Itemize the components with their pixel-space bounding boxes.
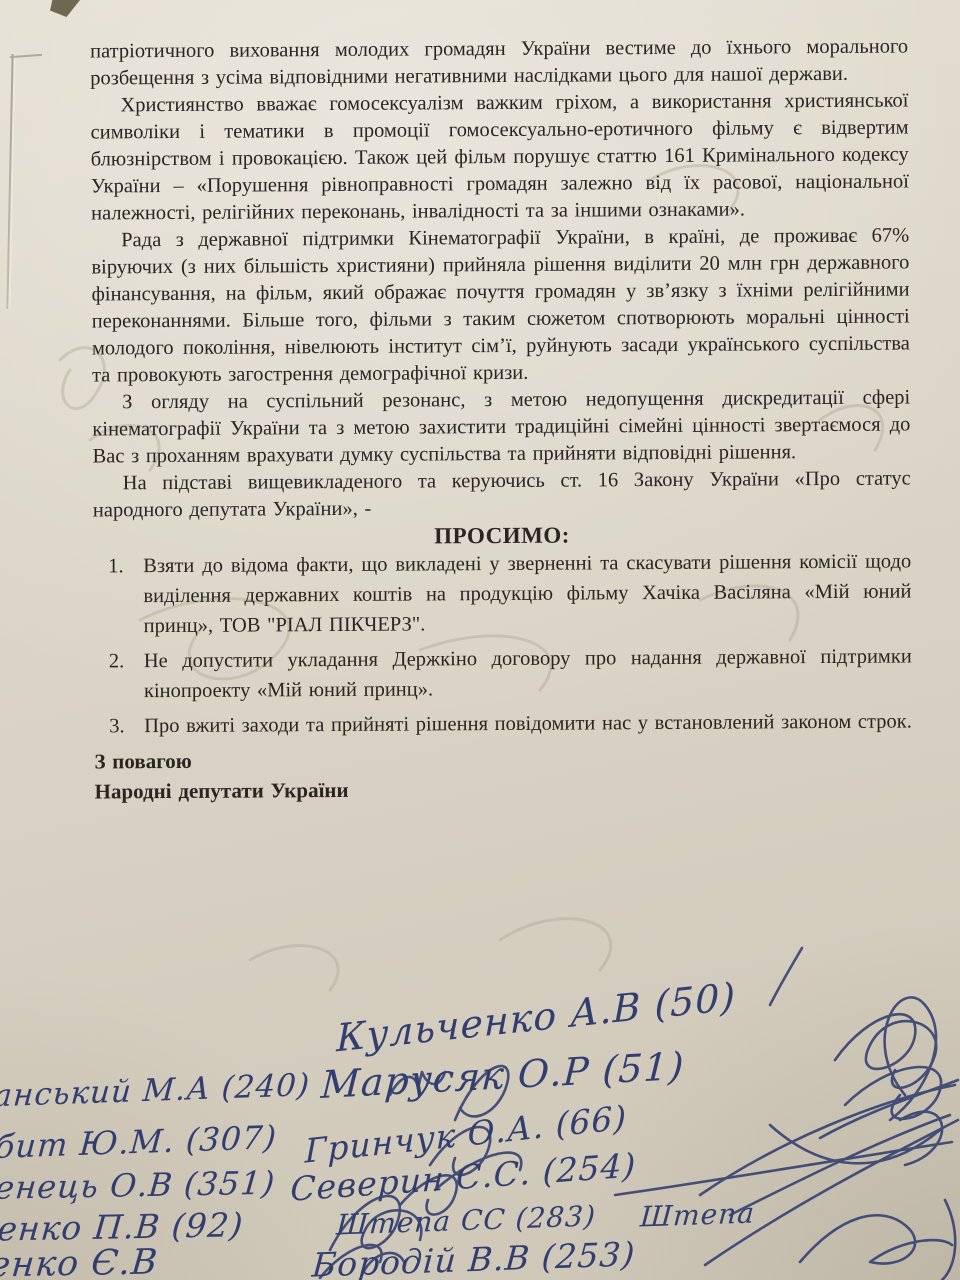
paragraph-3: Рада з державної підтримки Кінематографі… [91,222,910,389]
signature-yakymenko: Якименко П.В (92) [0,1205,245,1250]
list-item-number: 1. [108,551,138,581]
paragraph-2: Християнство вважає гомосексуалізм важки… [90,88,909,228]
closing-deputies: Народні депутати України [95,771,913,806]
signature-kulchenko: Кульченко А.В (50) [335,974,736,1060]
signature-kuzbyt: Кузбит Ю.М. (307) [0,1118,278,1168]
signature-texts: Кульченко А.В (50) Марусяк О.Р (51) Грин… [0,974,756,1280]
signature-severyn: Северин С.С. (254) [290,1145,637,1208]
signature-borodii: Бородій В.В (253) [310,1234,637,1280]
paragraph-5: На підставі вищевикладеного та керуючись… [93,465,911,524]
request-list: 1. Взяти до відома факти, що викладені у… [108,546,912,741]
signature-hrynchuk: Гринчук О.А. (66) [304,1098,627,1171]
list-item-3: 3. Про вжиті заходи та прийняті рішення … [109,706,912,741]
underlying-sheet-edge [6,54,13,309]
photo-background-corner [50,0,80,17]
document-content: патріотичного виховання молодих громадян… [90,34,913,807]
signature-moshenets: Мошенець О.В (351) [0,1164,277,1208]
paragraph-4: З огляду на суспільний резонанс, з метою… [92,384,910,470]
document-page: патріотичного виховання молодих громадян… [0,0,960,1280]
underlying-sheet-edge-top [10,54,42,58]
list-item-1: 1. Взяти до відома факти, що викладені у… [108,546,912,641]
paragraph-1: патріотичного виховання молодих громадян… [90,34,908,93]
list-item-number: 2. [109,646,139,676]
signature-buzhanskyi: Бужанський М.А (240) [0,1067,311,1117]
signature-marusiak: Марусяк О.Р (51) [319,1044,686,1107]
signature-shevchenko: Шевченко Є.В [0,1242,160,1280]
signature-shtepa: Штепа СС (283) [334,1199,597,1241]
signature-shtepa-2: Штепа [638,1196,756,1233]
list-item-number: 3. [109,711,139,741]
list-item-text: Взяти до відома факти, що викладені у зв… [143,550,911,637]
list-item-text: Не допустити укладання Держкіно договору… [144,645,912,702]
list-item-text: Про вжиті заходи та прийняті рішення пов… [144,710,912,737]
list-item-2: 2. Не допустити укладання Держкіно догов… [109,641,912,706]
pen-flourishes [320,948,958,1280]
